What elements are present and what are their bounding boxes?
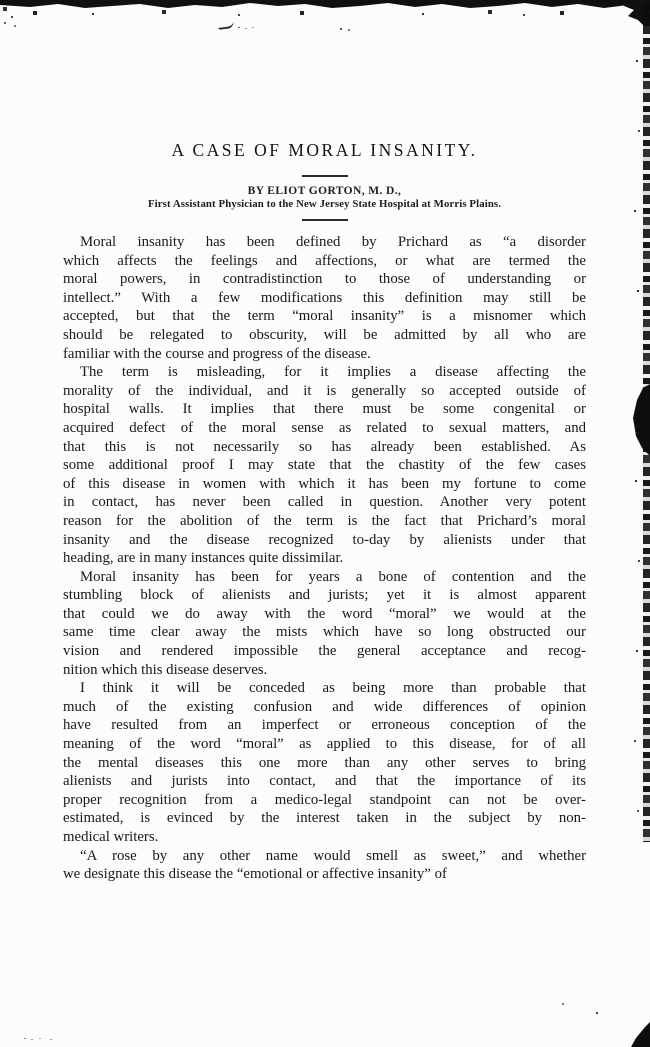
- text-line: Moral insanity has been defined by Prich…: [63, 233, 586, 252]
- text-line: nition which this disease deserves.: [63, 661, 586, 680]
- scan-bottom-left-marks: [24, 1038, 26, 1039]
- text-line: should be relegated to obscurity, will b…: [63, 326, 586, 345]
- text-line: which affects the feelings and affection…: [63, 252, 586, 271]
- paragraph: Moral insanity has been defined by Prich…: [63, 233, 586, 363]
- text-line: acquired defect of the moral sense as re…: [63, 419, 586, 438]
- text-line: moral powers, in contradistinction to th…: [63, 270, 586, 289]
- text-line: the mental diseases this one more than a…: [63, 754, 586, 773]
- scan-noise-right-specks: [636, 0, 638, 2]
- text-line: alienists and jurists into contact, and …: [63, 772, 586, 791]
- text-line: estimated, is evinced by the interest ta…: [63, 809, 586, 828]
- scan-top-center-dots: [340, 28, 342, 30]
- text-line: some additional proof I may state that t…: [63, 456, 586, 475]
- scan-pen-squiggle: [218, 21, 235, 30]
- text-line: same time clear away the mists which hav…: [63, 623, 586, 642]
- scan-squiggle-dots: [238, 27, 240, 28]
- text-line: vision and rendered impossible the gener…: [63, 642, 586, 661]
- text-line: morality of the individual, and it is ge…: [63, 382, 586, 401]
- paragraph: The term is misleading, for it implies a…: [63, 363, 586, 568]
- article-body: Moral insanity has been defined by Prich…: [63, 233, 586, 884]
- text-line: I think it will be conceded as being mor…: [63, 679, 586, 698]
- text-line: stumbling block of alienists and jurists…: [63, 586, 586, 605]
- text-line: intellect.” With a few modifications thi…: [63, 289, 586, 308]
- text-line: Moral insanity has been for years a bone…: [63, 568, 586, 587]
- text-line: that could we do away with the word “mor…: [63, 605, 586, 624]
- text-line: meaning of the word “moral” as applied t…: [63, 735, 586, 754]
- article: A CASE OF MORAL INSANITY. BY ELIOT GORTO…: [63, 140, 586, 884]
- text-line: familiar with the course and progress of…: [63, 345, 586, 364]
- scanned-page: { "colors": { "paper": "#fcfcfa", "ink":…: [0, 0, 650, 1047]
- paragraph: I think it will be conceded as being mor…: [63, 679, 586, 846]
- divider-rule-bottom: [302, 219, 348, 221]
- text-line: reason for the abolition of the term is …: [63, 512, 586, 531]
- scan-ink-blob-right: [631, 384, 650, 456]
- text-line: in contact, has never been called in que…: [63, 493, 586, 512]
- text-line: much of the existing confusion and wide …: [63, 698, 586, 717]
- text-line: “A rose by any other name would smell as…: [63, 847, 586, 866]
- scan-noise-top-edge: [0, 0, 650, 10]
- text-line: accepted, but that the term “moral insan…: [63, 307, 586, 326]
- text-line: have resulted from an imperfect or erron…: [63, 716, 586, 735]
- article-byline: BY ELIOT GORTON, M. D.,: [63, 184, 586, 198]
- divider-rule-top: [302, 175, 348, 177]
- text-line: hospital walls. It implies that there mu…: [63, 400, 586, 419]
- text-line: The term is misleading, for it implies a…: [63, 363, 586, 382]
- scan-noise-top-specks: [0, 0, 2, 2]
- text-line: we designate this disease the “emotional…: [63, 865, 586, 884]
- text-line: insanity and the disease recognized to-d…: [63, 531, 586, 550]
- text-line: medical writers.: [63, 828, 586, 847]
- text-line: of this disease in women with which it h…: [63, 475, 586, 494]
- scan-noise-bottom-right-corner: [631, 1022, 650, 1047]
- text-line: proper recognition from a medico-legal s…: [63, 791, 586, 810]
- article-title: A CASE OF MORAL INSANITY.: [63, 140, 586, 160]
- author-affiliation: First Assistant Physician to the New Jer…: [63, 198, 586, 211]
- text-line: that this is not necessarily so has alre…: [63, 438, 586, 457]
- paragraph: “A rose by any other name would smell as…: [63, 847, 586, 884]
- paragraph: Moral insanity has been for years a bone…: [63, 568, 586, 680]
- text-line: heading, are in many instances quite dis…: [63, 549, 586, 568]
